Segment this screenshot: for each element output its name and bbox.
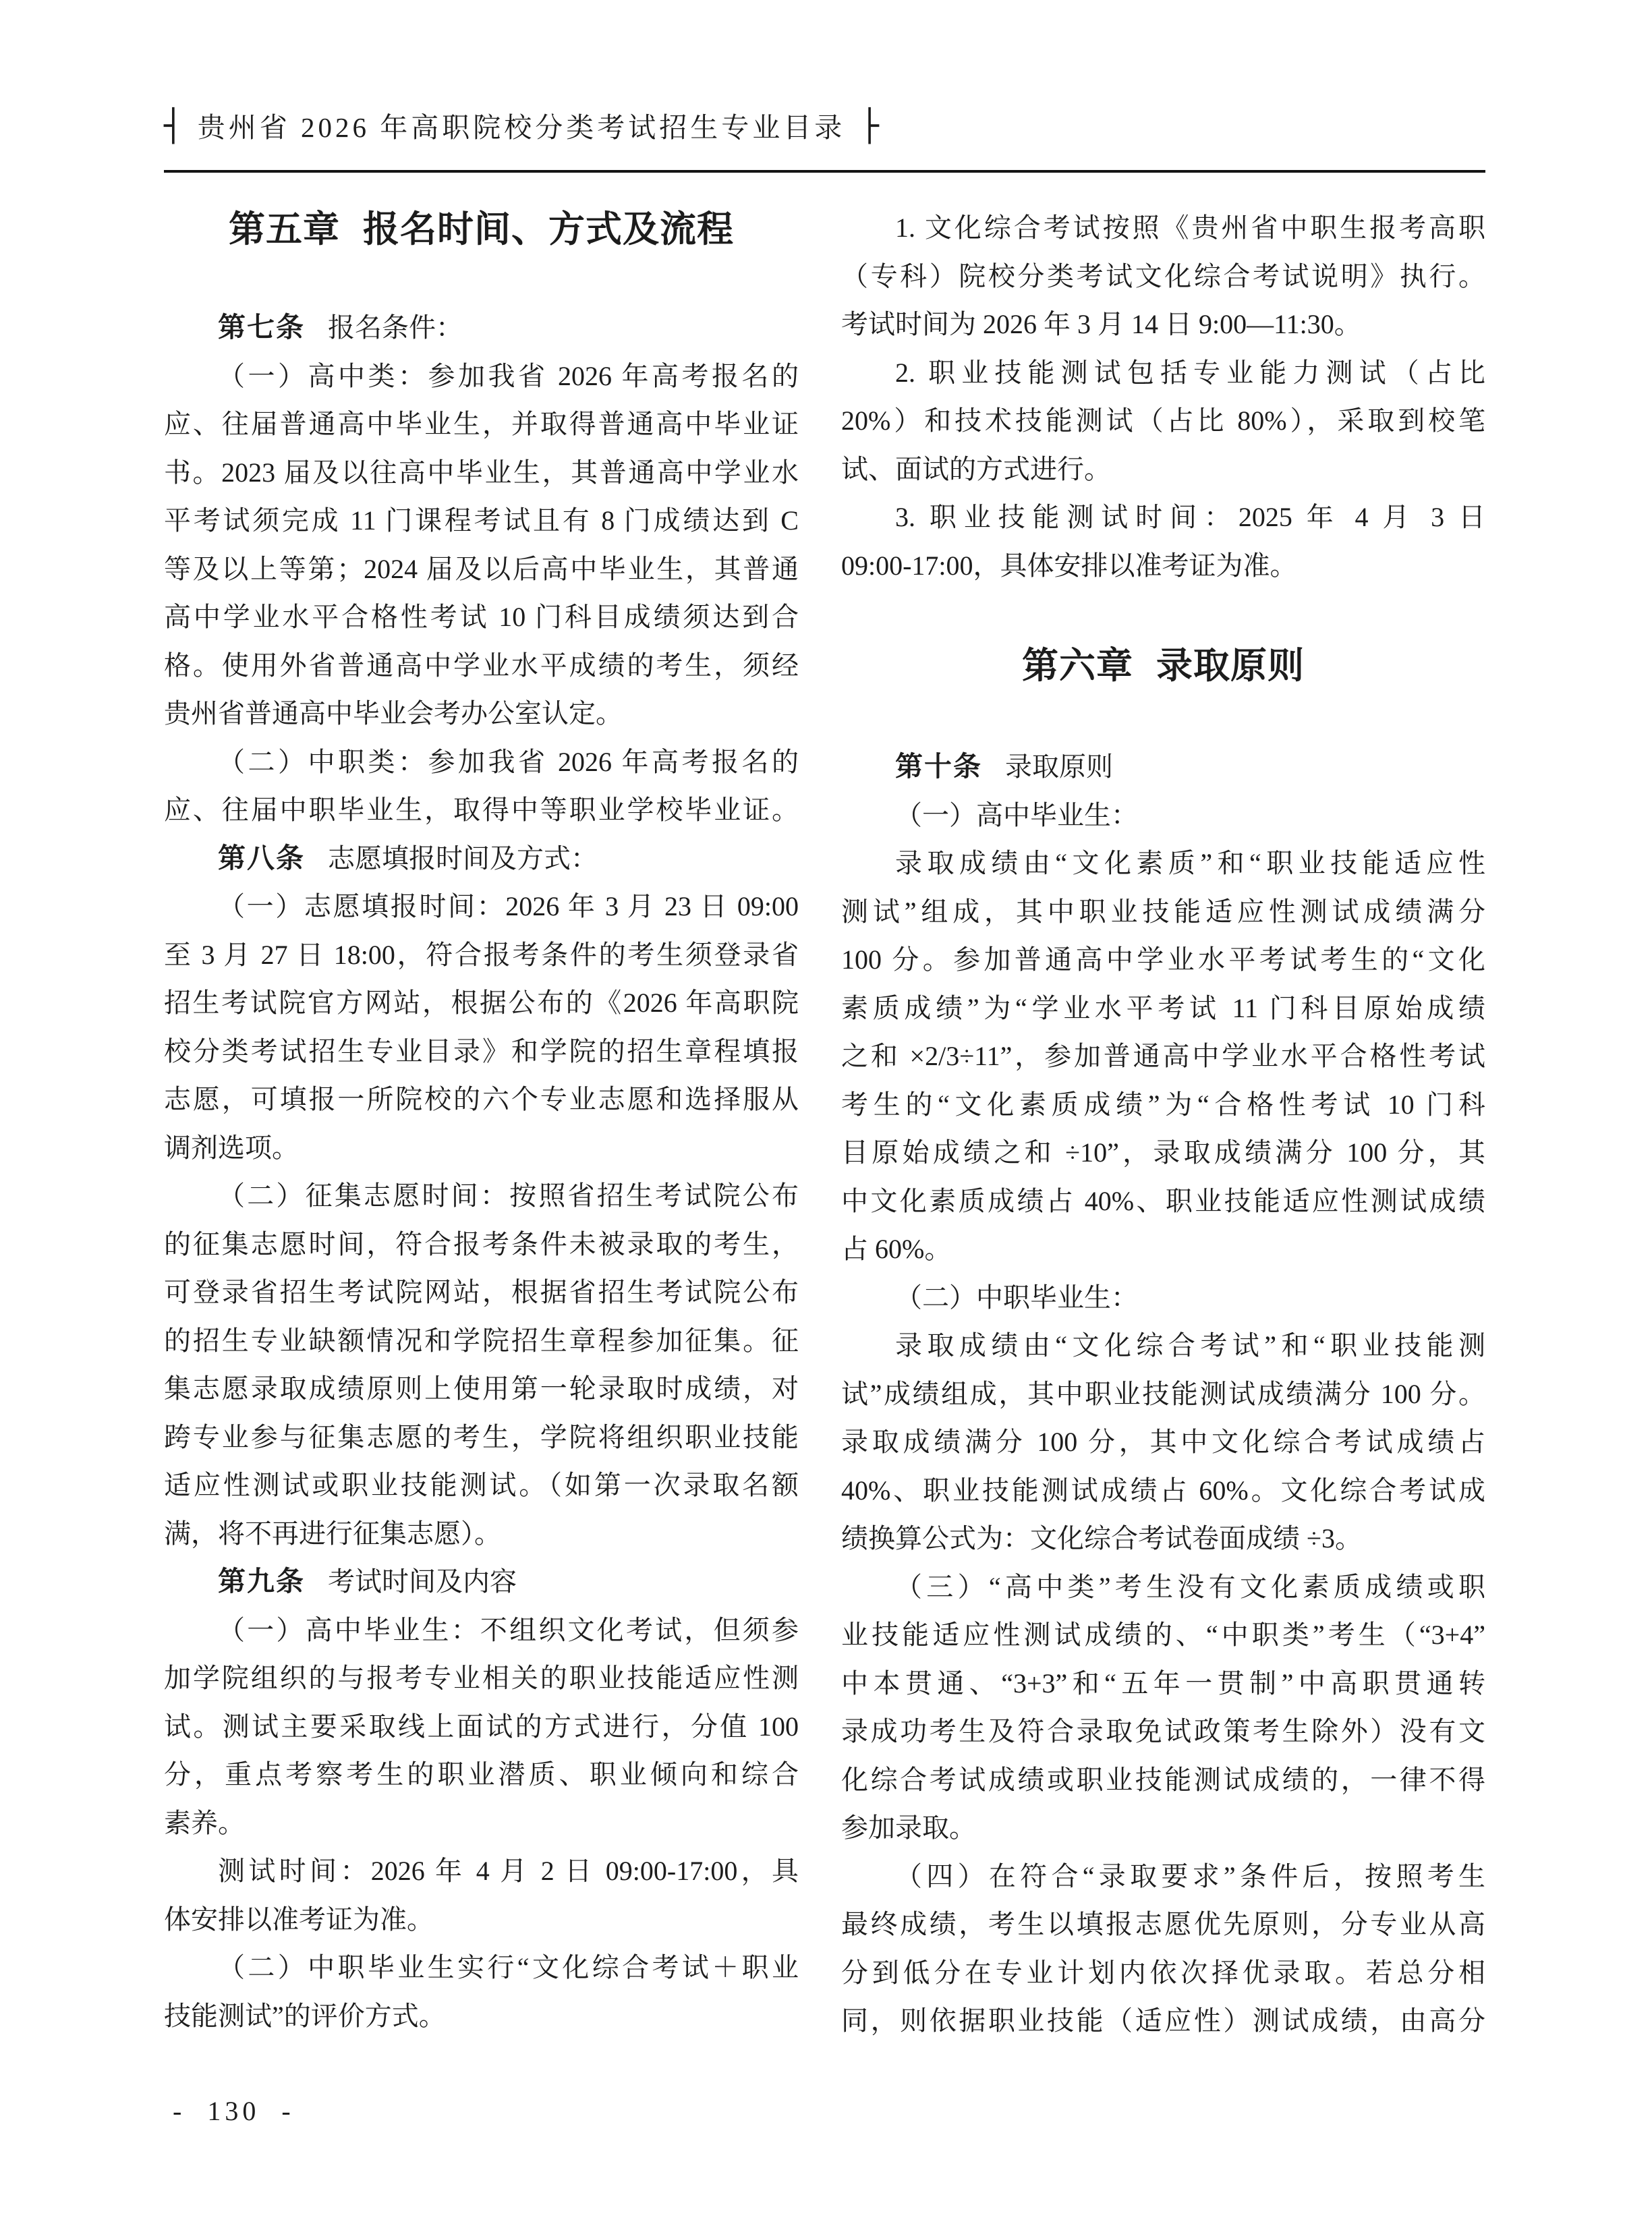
text-line: （四）在符合“录取要求”条件后，按照考生 — [841, 1852, 1485, 1901]
text-line: 分，重点考察考生的职业潜质、职业倾向和综合 — [164, 1750, 799, 1799]
text-line: 试。测试主要采取线上面试的方式进行，分值 100 — [164, 1703, 799, 1751]
text-line: 书。2023 届及以往高中毕业生，其普通高中学业水 — [164, 449, 799, 497]
article-number: 第十条 — [895, 751, 982, 782]
text-line: 100 分。参加普通高中学业水平考试考生的“文化 — [841, 936, 1485, 984]
text-line: 校分类考试招生专业目录》和学院的招生章程填报 — [164, 1027, 799, 1076]
text-line: （专科）院校分类考试文化综合考试说明》执行。 — [841, 252, 1485, 301]
spacer — [841, 691, 1485, 743]
text-line: 考生的“文化素质成绩”为“合格性考试 10 门科 — [841, 1081, 1485, 1129]
text-line: 参加录取。 — [841, 1804, 1485, 1852]
text-line: （一）高中毕业生： — [841, 791, 1485, 840]
paragraph-group: （一）志愿填报时间：2026 年 3 月 23 日 09:00至 3 月 27 … — [164, 882, 799, 1558]
text-line: 素质成绩”为“学业水平考试 11 门科目原始成绩 — [841, 984, 1485, 1033]
text-line: 测试”组成，其中职业技能适应性测试成绩满分 — [841, 888, 1485, 936]
paragraph-group: （一）高中毕业生：不组织文化考试，但须参加学院组织的与报考专业相关的职业技能适应… — [164, 1606, 799, 2040]
article-title: 志愿填报时间及方式： — [328, 843, 598, 874]
article-heading-9: 第九条考试时间及内容 — [164, 1558, 799, 1606]
text-line: 考试时间为 2026 年 3 月 14 日 9:00—11:30。 — [841, 300, 1485, 349]
article-number: 第九条 — [218, 1566, 305, 1597]
text-line: 同，则依据职业技能（适应性）测试成绩，由高分 — [841, 1997, 1485, 2045]
running-header: ┤ 贵州省 2026 年高职院校分类考试招生专业目录 ├ — [164, 105, 1485, 145]
text-line: 的征集志愿时间，符合报考条件未被录取的考生， — [164, 1220, 799, 1269]
chapter-name: 报名时间、方式及流程 — [363, 209, 734, 250]
text-line: 业技能适应性测试成绩的、“中职类”考生（“3+4” — [841, 1611, 1485, 1659]
article-heading-7: 第七条报名条件： — [164, 304, 799, 352]
text-line: 贵州省普通高中毕业会考办公室认定。 — [164, 689, 799, 738]
text-line: 录取成绩由“文化素质”和“职业技能适应性 — [841, 839, 1485, 888]
text-line: 等及以上等第；2024 届及以后高中毕业生，其普通 — [164, 545, 799, 594]
paragraph-group: （一）高中毕业生：录取成绩由“文化素质”和“职业技能适应性测试”组成，其中职业技… — [841, 791, 1485, 2045]
text-line: 之和 ×2/3÷11”，参加普通高中学业水平合格性考试 — [841, 1032, 1485, 1081]
text-line: 1. 文化综合考试按照《贵州省中职生报考高职 — [841, 204, 1485, 252]
text-line: 绩换算公式为：文化综合考试卷面成绩 ÷3。 — [841, 1514, 1485, 1563]
article-heading-8: 第八条志愿填报时间及方式： — [164, 834, 799, 883]
left-column: 第五章报名时间、方式及流程 第七条报名条件： （一）高中类：参加我省 2026 … — [164, 204, 799, 2040]
chapter-number: 第五章 — [229, 209, 340, 250]
text-line: 化综合考试成绩或职业技能测试成绩的，一律不得 — [841, 1756, 1485, 1804]
header-title: 贵州省 2026 年高职院校分类考试招生专业目录 — [198, 105, 846, 145]
text-line: 09:00-17:00，具体安排以准考证为准。 — [841, 542, 1485, 590]
chapter-number: 第六章 — [1022, 646, 1133, 686]
text-line: 最终成绩，考生以填报志愿优先原则，分专业从高 — [841, 1900, 1485, 1949]
chapter-name: 录取原则 — [1156, 646, 1305, 686]
text-line: 平考试须完成 11 门课程考试且有 8 门成绩达到 C — [164, 496, 799, 545]
text-line: （二）中职毕业生实行“文化综合考试＋职业 — [164, 1943, 799, 1992]
chapter-title-5: 第五章报名时间、方式及流程 — [164, 204, 799, 255]
text-line: （一）高中类：参加我省 2026 年高考报名的 — [164, 352, 799, 401]
text-line: 20%）和技术技能测试（占比 80%），采取到校笔 — [841, 397, 1485, 445]
text-line: 招生考试院官方网站，根据公布的《2026 年高职院 — [164, 979, 799, 1027]
text-line: 应、往届中职毕业生，取得中等职业学校毕业证。 — [164, 786, 799, 834]
article-title: 录取原则 — [1005, 751, 1113, 782]
text-line: 加学院组织的与报考专业相关的职业技能适应性测 — [164, 1654, 799, 1703]
spacer — [164, 255, 799, 304]
document-page: ┤ 贵州省 2026 年高职院校分类考试招生专业目录 ├ 第五章报名时间、方式及… — [0, 0, 1652, 2226]
text-line: 至 3 月 27 日 18:00，符合报考条件的考生须登录省 — [164, 931, 799, 979]
chapter-title-6: 第六章录取原则 — [841, 640, 1485, 691]
text-line: 3. 职业技能测试时间：2025 年 4 月 3 日 — [841, 493, 1485, 542]
text-line: 满，将不再进行征集志愿）。 — [164, 1510, 799, 1558]
text-line: 试、面试的方式进行。 — [841, 445, 1485, 494]
text-line: （二）征集志愿时间：按照省招生考试院公布 — [164, 1172, 799, 1220]
article-title: 考试时间及内容 — [328, 1566, 517, 1597]
article-heading-10: 第十条录取原则 — [841, 743, 1485, 791]
text-line: 占 60%。 — [841, 1225, 1485, 1274]
page-number: - 130 - — [173, 2095, 295, 2127]
text-line: 录取成绩满分 100 分，其中文化综合考试成绩占 — [841, 1418, 1485, 1466]
text-line: 高中学业水平合格性考试 10 门科目成绩须达到合 — [164, 593, 799, 641]
text-line: 分到低分在专业计划内依次择优录取。若总分相 — [841, 1949, 1485, 1997]
text-line: 技能测试”的评价方式。 — [164, 1992, 799, 2040]
text-line: 40%、职业技能测试成绩占 60%。文化综合考试成 — [841, 1466, 1485, 1515]
text-line: 应、往届普通高中毕业生，并取得普通高中毕业证 — [164, 400, 799, 449]
spacer — [841, 590, 1485, 640]
text-line: 格。使用外省普通高中学业水平成绩的考生，须经 — [164, 641, 799, 690]
text-line: 试”成绩组成，其中职业技能测试成绩满分 100 分。 — [841, 1370, 1485, 1419]
text-line: 适应性测试或职业技能测试。（如第一次录取名额 — [164, 1461, 799, 1510]
text-line: 素养。 — [164, 1799, 799, 1848]
right-column: 1. 文化综合考试按照《贵州省中职生报考高职（专科）院校分类考试文化综合考试说明… — [841, 204, 1485, 2045]
text-line: （一）高中毕业生：不组织文化考试，但须参 — [164, 1606, 799, 1655]
text-line: 跨专业参与征集志愿的考生，学院将组织职业技能 — [164, 1413, 799, 1462]
text-line: 中本贯通、“3+3”和“五年一贯制”中高职贯通转 — [841, 1659, 1485, 1708]
paragraph-group: 1. 文化综合考试按照《贵州省中职生报考高职（专科）院校分类考试文化综合考试说明… — [841, 204, 1485, 590]
text-line: 录成功考生及符合录取免试政策考生除外）没有文 — [841, 1707, 1485, 1756]
text-line: 调剂选项。 — [164, 1124, 799, 1172]
text-line: 中文化素质成绩占 40%、职业技能适应性测试成绩 — [841, 1177, 1485, 1226]
article-number: 第八条 — [218, 843, 305, 874]
article-number: 第七条 — [218, 312, 305, 343]
text-line: 2. 职业技能测试包括专业能力测试（占比 — [841, 349, 1485, 397]
text-line: （一）志愿填报时间：2026 年 3 月 23 日 09:00 — [164, 882, 799, 931]
text-line: 集志愿录取成绩原则上使用第一轮录取时成绩，对 — [164, 1365, 799, 1413]
header-right-tick-icon: ├ — [860, 110, 879, 141]
header-left-tick-icon: ┤ — [164, 110, 183, 141]
text-line: 测试时间：2026 年 4 月 2 日 09:00-17:00，具 — [164, 1847, 799, 1895]
text-line: 可登录省招生考试院网站，根据省招生考试院公布 — [164, 1268, 799, 1317]
article-title: 报名条件： — [328, 312, 463, 343]
text-line: 志愿，可填报一所院校的六个专业志愿和选择服从 — [164, 1075, 799, 1124]
text-line: 的招生专业缺额情况和学院招生章程参加征集。征 — [164, 1317, 799, 1365]
text-line: 体安排以准考证为准。 — [164, 1895, 799, 1944]
text-line: （二）中职类：参加我省 2026 年高考报名的 — [164, 738, 799, 787]
text-line: （二）中职毕业生： — [841, 1274, 1485, 1322]
header-rule — [164, 170, 1485, 173]
paragraph-group: （一）高中类：参加我省 2026 年高考报名的应、往届普通高中毕业生，并取得普通… — [164, 352, 799, 834]
text-line: （三）“高中类”考生没有文化素质成绩或职 — [841, 1563, 1485, 1611]
text-line: 录取成绩由“文化综合考试”和“职业技能测 — [841, 1321, 1485, 1370]
text-line: 目原始成绩之和 ÷10”，录取成绩满分 100 分，其 — [841, 1129, 1485, 1177]
